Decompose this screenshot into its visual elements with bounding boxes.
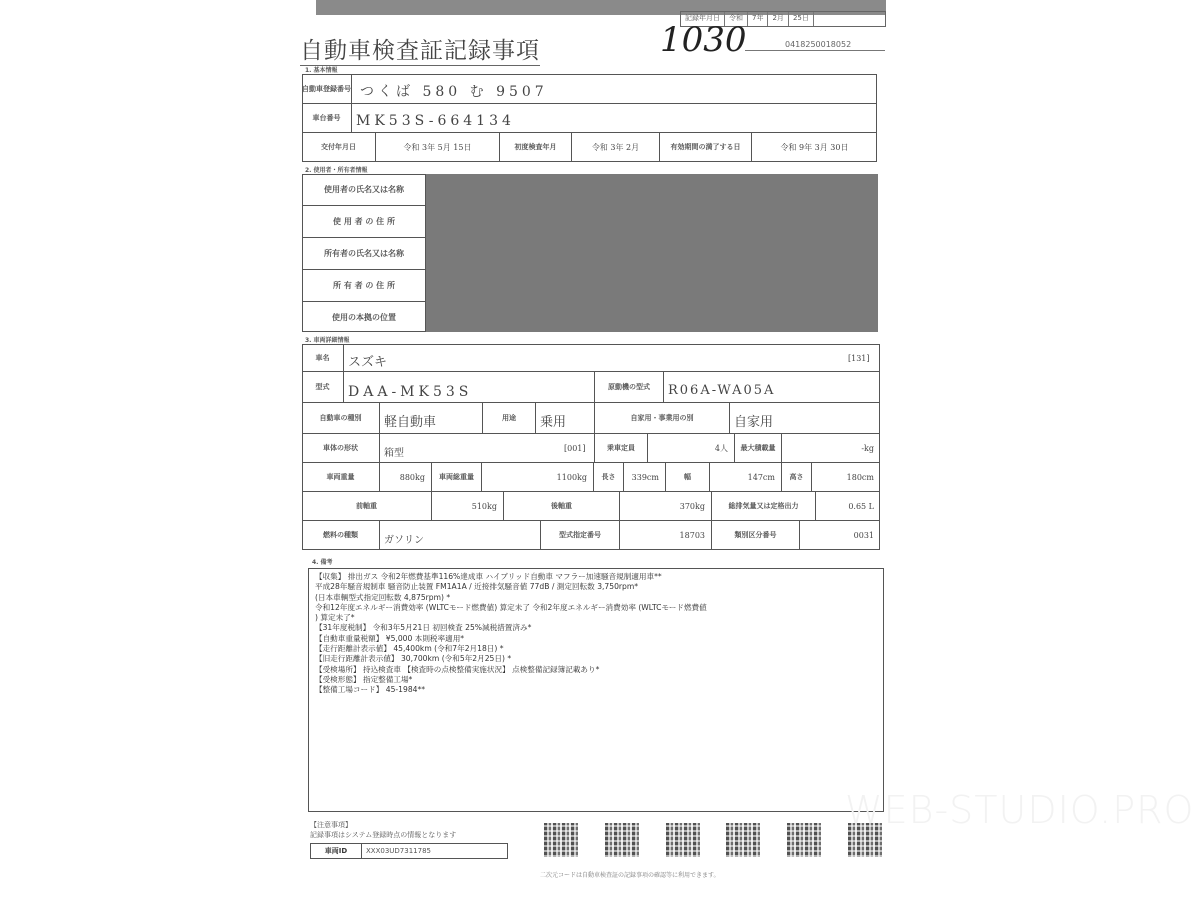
remark-line: 平成28年騒音規制車 騒音防止装置 FM1A1A / 近接排気騒音値 77dB … (315, 582, 877, 592)
displacement-value: 0.65 L (816, 491, 880, 521)
remark-line: 【受検場所】 持込検査車 【検査時の点検整備実施状況】 点検整備記録簿記載あり* (315, 665, 877, 675)
fuel-label: 燃料の種類 (302, 520, 380, 550)
displacement-label: 総排気量又は定格出力 (712, 491, 816, 521)
front-axle-value: 510kg (432, 491, 504, 521)
base-location-label: 使用の本拠の位置 (302, 302, 426, 332)
issue-date-label: 交付年月日 (302, 132, 376, 162)
expiry-value: 令和 9年 3月 30日 (752, 132, 877, 162)
section-2-label: 2. 使用者・所有者情報 (305, 165, 368, 174)
rear-axle-value: 370kg (620, 491, 712, 521)
height-value: 180cm (812, 462, 880, 492)
notice-block: 【注意事項】 記録事項はシステム登録時点の情報となります (310, 820, 456, 840)
use-label: 用途 (482, 402, 536, 434)
use-value: 乗用 (540, 406, 566, 434)
weight-value: 880kg (380, 462, 432, 492)
maker-row (302, 344, 880, 372)
maker-label: 車名 (302, 344, 344, 372)
vehicle-id-label: 車両ID (311, 844, 362, 858)
engine-label: 原動機の型式 (594, 371, 664, 403)
length-label: 長さ (594, 462, 624, 492)
expiry-label: 有効期間の満了する日 (660, 132, 752, 162)
maker-value: スズキ (348, 348, 387, 372)
shape-code: [001] (564, 433, 586, 463)
first-reg-value: 令和 3年 2月 (572, 132, 660, 162)
front-axle-label: 前軸重 (302, 491, 432, 521)
handwritten-number: 1030 (660, 20, 747, 60)
document-number: 0418250018052 (785, 40, 851, 49)
owner-name-label: 所有者の氏名又は名称 (302, 238, 426, 270)
engine-value: R06A-WA05A (668, 376, 775, 404)
business-value: 自家用 (734, 406, 773, 434)
notice-text: 記録事項はシステム登録時点の情報となります (310, 830, 456, 840)
max-load-label: 最大積載量 (734, 433, 782, 463)
notice-heading: 【注意事項】 (310, 820, 456, 830)
qr-code-icon (666, 823, 700, 857)
remark-line: 【整備工場コード】 45-1984** (315, 685, 877, 695)
watermark: WEB-STUDIO.PRO (845, 788, 1194, 832)
height-label: 高さ (782, 462, 812, 492)
issue-box-year: 7年 (748, 12, 768, 26)
qr-code-icon (726, 823, 760, 857)
gross-weight-label: 車両総重量 (432, 462, 482, 492)
section-4-label: 4. 備考 (312, 557, 333, 566)
qr-code-icon (544, 823, 578, 857)
width-value: 147cm (710, 462, 782, 492)
chassis-value: MK53S-664134 (356, 108, 515, 134)
remark-line: 令和12年度エネルギー消費効率 (WLTCモード燃費値) 算定未了 令和2年度エ… (315, 603, 877, 613)
redacted-owner-info (426, 174, 878, 332)
type-value: 軽自動車 (384, 406, 436, 434)
fuel-value: ガソリン (384, 524, 424, 552)
category-label: 類別区分番号 (712, 520, 800, 550)
underline (745, 50, 885, 51)
qr-code-icon (605, 823, 639, 857)
maker-code: [131] (848, 344, 870, 372)
shape-value: 箱型 (384, 437, 404, 465)
rear-axle-label: 後軸重 (504, 491, 620, 521)
max-load-value: -kg (782, 433, 880, 463)
business-label: 自家用・事業用の別 (594, 402, 730, 434)
section-3-label: 3. 車両詳細情報 (305, 335, 350, 344)
capacity-label: 乗車定員 (594, 433, 648, 463)
vehicle-id-box: 車両ID XXX03UD7311785 (310, 843, 508, 859)
remark-line: ) 算定未了* (315, 613, 877, 623)
registration-label: 自動車登録番号 (302, 74, 352, 104)
remark-line: 【旧走行距離計表示値】 30,700km (令和5年2月25日) * (315, 654, 877, 664)
first-reg-label: 初度検査年月 (500, 132, 572, 162)
length-value: 339cm (624, 462, 666, 492)
user-name-label: 使用者の氏名又は名称 (302, 174, 426, 206)
model-designation-value: 18703 (620, 520, 712, 550)
remark-line: 【走行距離計表示値】 45,400km (令和7年2月18日) * (315, 644, 877, 654)
weight-label: 車両重量 (302, 462, 380, 492)
owner-address-label: 所 有 者 の 住 所 (302, 270, 426, 302)
section-1-label: 1. 基本情報 (305, 65, 338, 74)
user-address-label: 使 用 者 の 住 所 (302, 206, 426, 238)
remark-line: 【受検形態】 指定整備工場* (315, 675, 877, 685)
qr-code-icon (787, 823, 821, 857)
issue-box-day: 25日 (789, 12, 814, 26)
gross-weight-value: 1100kg (482, 462, 594, 492)
qr-caption: 二次元コードは自動車検査証の記録事項の確認等に利用できます。 (540, 870, 720, 879)
width-label: 幅 (666, 462, 710, 492)
registration-value: つくば 580 む 9507 (360, 78, 548, 104)
issue-date-value: 令和 3年 5月 15日 (376, 132, 500, 162)
model-label: 型式 (302, 371, 344, 403)
chassis-label: 車台番号 (302, 103, 352, 133)
remark-line: 【31年度税制】 令和3年5月21日 初回検査 25%減税措置済み* (315, 623, 877, 633)
type-label: 自動車の種別 (302, 402, 380, 434)
remarks-box: 【収集】 排出ガス 令和2年燃費基準116%達成車 ハイブリッド自動車 マフラー… (308, 568, 884, 812)
remark-line: 【自動車重量税額】 ¥5,000 本則税率適用* (315, 634, 877, 644)
shape-label: 車体の形状 (302, 433, 380, 463)
vehicle-id-value: XXX03UD7311785 (362, 844, 431, 858)
document-title: 自動車検査証記録事項 (300, 32, 540, 66)
remark-line: 【収集】 排出ガス 令和2年燃費基準116%達成車 ハイブリッド自動車 マフラー… (315, 572, 877, 582)
issue-box-month: 2月 (768, 12, 788, 26)
model-designation-label: 型式指定番号 (540, 520, 620, 550)
capacity-value: 4人 (648, 433, 734, 463)
category-value: 0031 (800, 520, 880, 550)
remark-line: (日本車輌型式指定回転数 4,875rpm) * (315, 593, 877, 603)
